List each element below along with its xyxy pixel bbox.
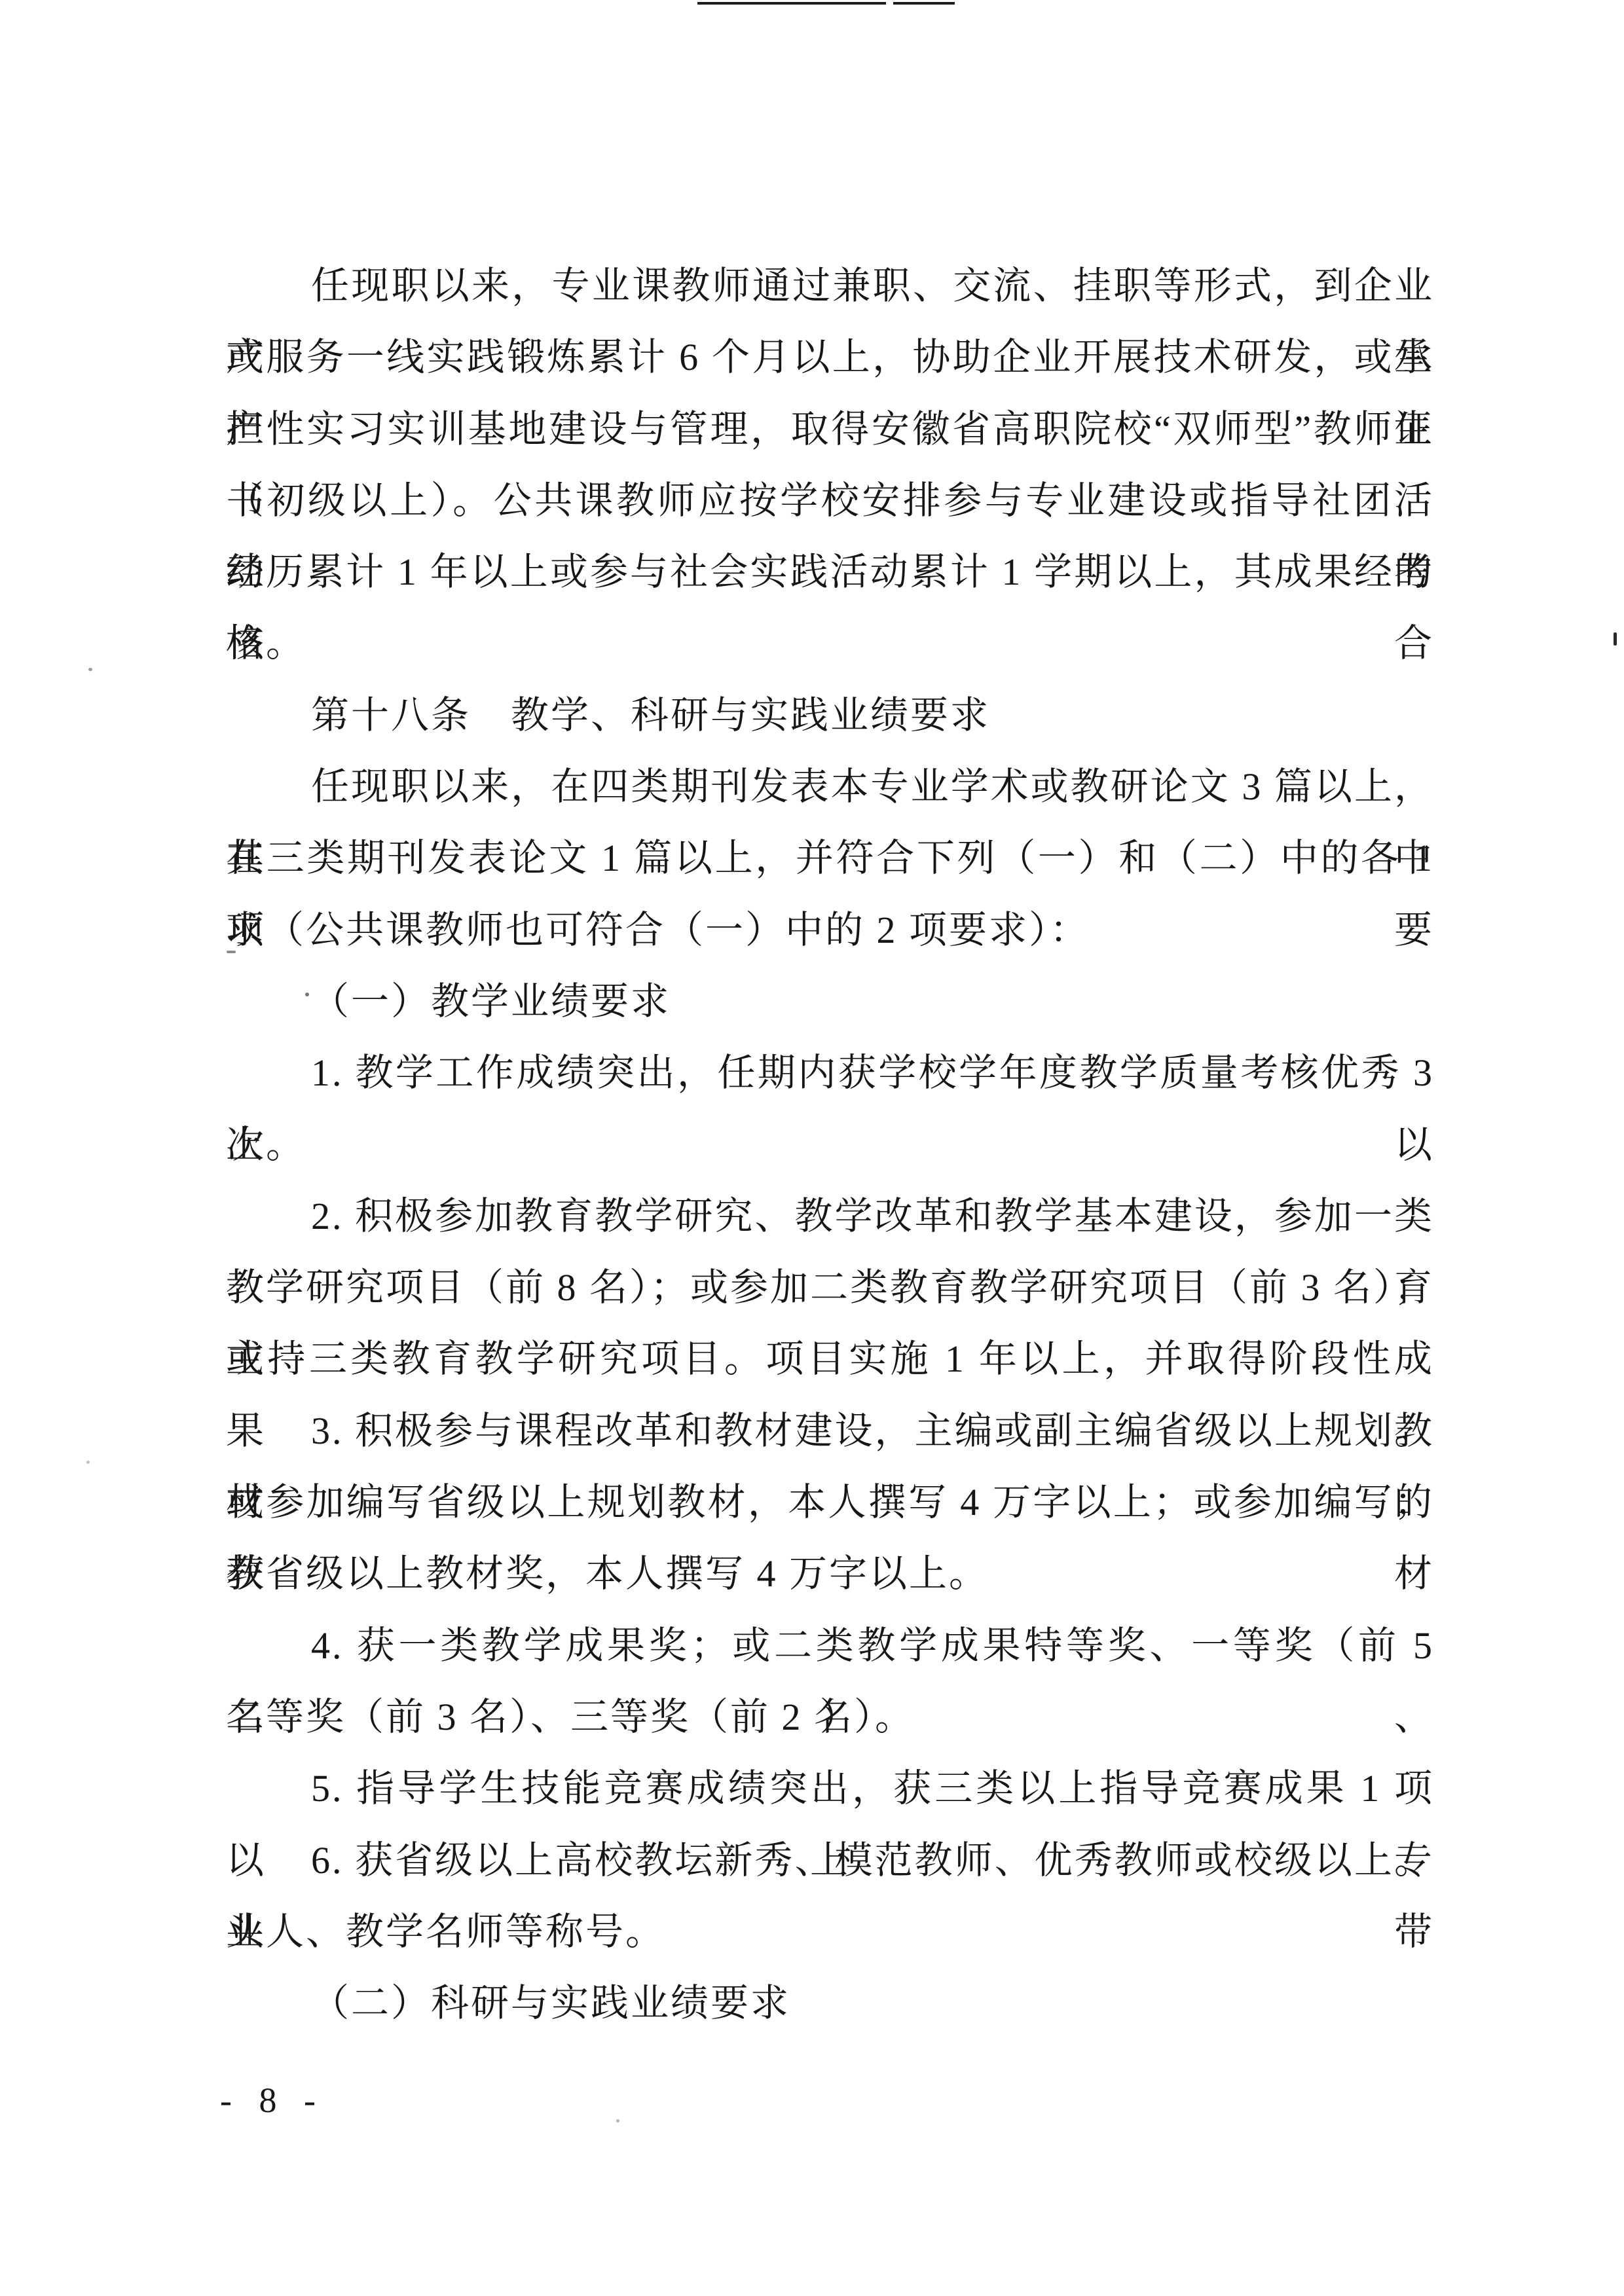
text-line: （二）科研与实践业绩要求	[226, 1967, 1434, 2039]
text-line: 2. 积极参加教育教学研究、教学改革和教学基本建设，参加一类教育	[226, 1180, 1434, 1252]
page-number: - 8 -	[220, 2083, 325, 2118]
text-line: 4. 获一类教学成果奖；或二类教学成果特等奖、一等奖（前 5 名）、	[226, 1610, 1434, 1681]
text-line: 任现职以来，在四类期刊发表本专业学术或教研论文 3 篇以上，其中	[226, 751, 1434, 822]
text-line: 经历累计 1 年以上或参与社会实践活动累计 1 学期以上，其成果经考核合	[226, 536, 1434, 608]
document-page: 任现职以来，专业课教师通过兼职、交流、挂职等形式，到企业或生产服务一线实践锻炼累…	[0, 0, 1624, 2296]
text-line: 6. 获省级以上高校教坛新秀、模范教师、优秀教师或校级以上专业带	[226, 1825, 1434, 1896]
text-line: （一）教学业绩要求	[226, 966, 1434, 1037]
scan-speck-artifact	[86, 1461, 90, 1464]
scan-topline-artifact-2	[893, 2, 955, 5]
text-line: 任现职以来，专业课教师通过兼职、交流、挂职等形式，到企业或生	[226, 250, 1434, 321]
text-line: 教学研究项目（前 8 名）；或参加二类教育教学研究项目（前 3 名）；或	[226, 1252, 1434, 1323]
text-line: 1. 教学工作成绩突出，任期内获学校学年度教学质量考核优秀 3 次以	[226, 1037, 1434, 1108]
text-line: （初级以上）。公共课教师应按学校安排参与专业建设或指导社团活动的	[226, 465, 1434, 536]
text-line: 主持三类教育教学研究项目。项目实施 1 年以上，并取得阶段性成果。	[226, 1323, 1434, 1394]
scan-speck-artifact	[88, 668, 92, 671]
text-line: 或参加编写省级以上规划教材，本人撰写 4 万字以上；或参加编写的教材	[226, 1467, 1434, 1538]
right-edge-mark-artifact	[1614, 632, 1617, 646]
scan-speck-artifact	[616, 2119, 619, 2123]
text-line: 产性实习实训基地建设与管理，取得安徽省高职院校“双师型”教师证书	[226, 393, 1434, 465]
text-line: 产服务一线实践锻炼累计 6 个月以上，协助企业开展技术研发，或承担生	[226, 321, 1434, 393]
text-line: 3. 积极参与课程改革和教材建设，主编或副主编省级以上规划教材；	[226, 1395, 1434, 1467]
text-line: 第十八条 教学、科研与实践业绩要求	[226, 680, 1434, 751]
text-line: 在三类期刊发表论文 1 篇以上，并符合下列（一）和（二）中的各 1 项要	[226, 822, 1434, 894]
document-body: 任现职以来，专业课教师通过兼职、交流、挂职等形式，到企业或生产服务一线实践锻炼累…	[226, 250, 1434, 2039]
scan-topline-artifact	[697, 2, 886, 5]
text-line: 5. 指导学生技能竞赛成绩突出，获三类以上指导竞赛成果 1 项以上。	[226, 1753, 1434, 1824]
